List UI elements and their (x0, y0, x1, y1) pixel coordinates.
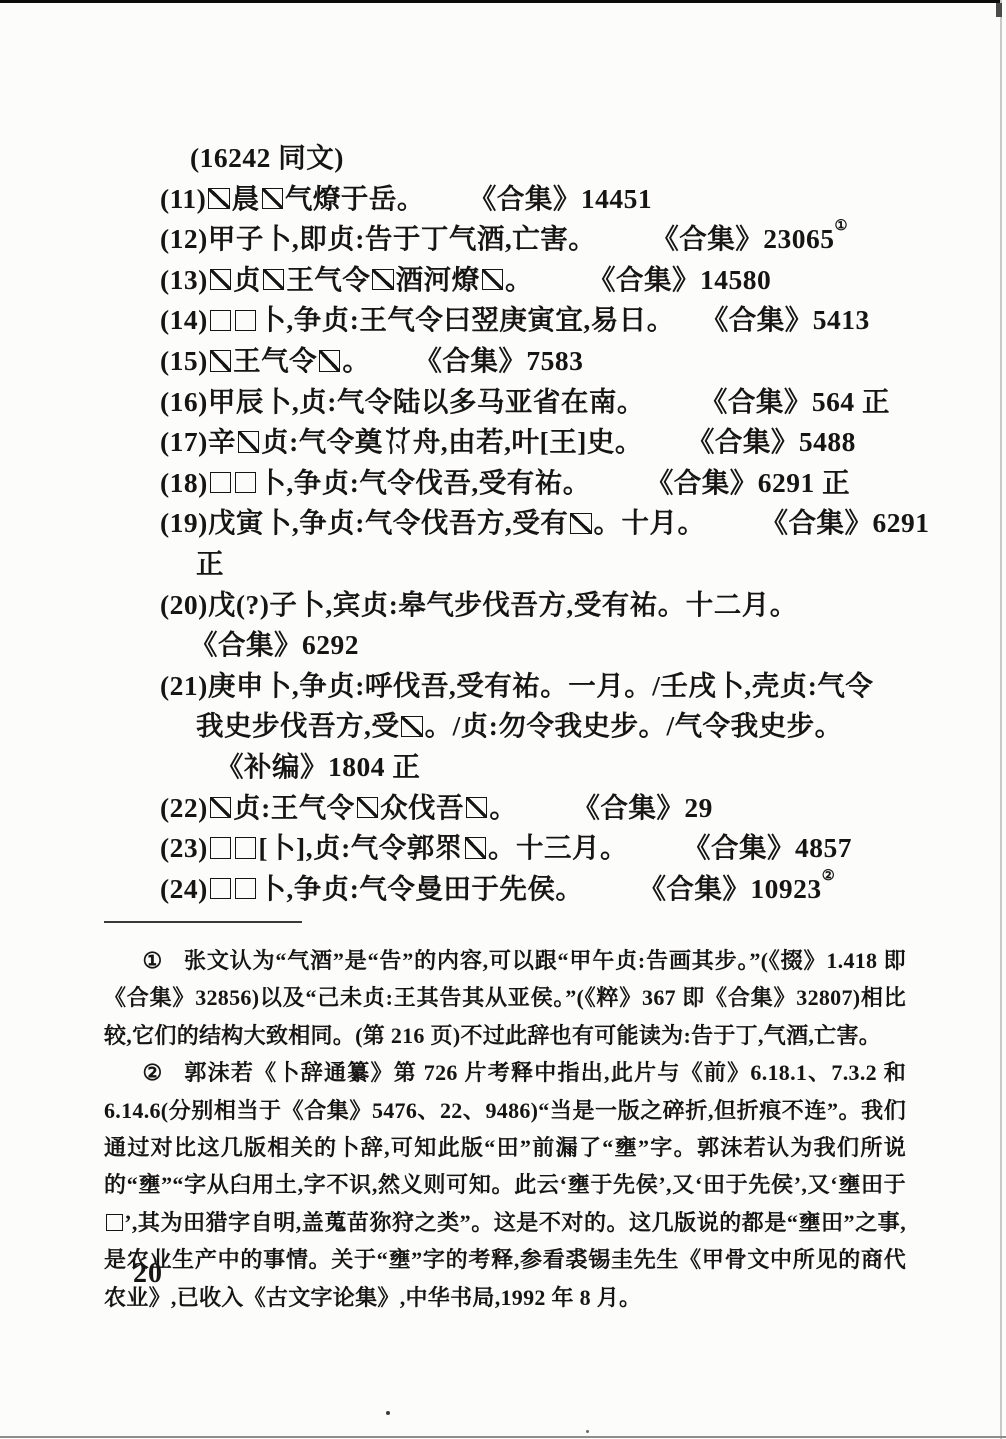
scan-speck (386, 1411, 390, 1415)
footnote-1: ①张文认为“气酒”是“告”的内容,可以跟“甲午贞:告画其步。”(《掇》1.418… (104, 942, 906, 1054)
entry-intro-line: (16242 同文) (160, 138, 960, 179)
entry-line-20: (20)戊(?)子卜,宾贞:皋气步伐吾方,受有祐。十二月。 (160, 585, 960, 626)
entry-citation: 《合集》7583 (414, 345, 583, 376)
lacuna-box (210, 472, 231, 493)
entry-line-20-wrap: 《合集》6292 (160, 625, 960, 666)
entry-line-23: (23)[卜],贞:气令郭眔。十三月。《合集》4857 (160, 828, 960, 869)
lacuna-box-slashed (210, 797, 231, 818)
entry-line-19-wrap: 正 (160, 544, 960, 585)
entry-text: (17)辛贞:气令奠 (160, 426, 383, 457)
lacuna-box-slashed (238, 431, 259, 452)
entry-line-13: (13)贞王气令酒河燎。《合集》14580 (160, 260, 960, 301)
inscription-entry-list: (16242 同文) (11)晨气燎于岳。《合集》14451 (12)甲子卜,即… (160, 138, 960, 909)
entry-text: (12)甲子卜,即贞:告于丁气酒,亡害。 (160, 223, 596, 254)
entry-line-21: (21)庚申卜,争贞:呼伐吾,受有祐。一月。/壬戌卜,壳贞:气令 (160, 666, 960, 707)
entry-line-22: (22)贞:王气令众伐吾。《合集》29 (160, 788, 960, 829)
footnote-text: 郭沫若《卜辞通纂》第 726 片考释中指出,此片与《前》6.18.1、7.3.2… (104, 1060, 906, 1309)
entry-text: (11)晨气燎于岳。 (160, 183, 425, 214)
footnote-ref-1: ① (834, 218, 847, 234)
lacuna-box-slashed (210, 269, 231, 290)
scan-edge-bottom (0, 1436, 1006, 1438)
entry-citation: 《合集》29 (572, 792, 713, 823)
lacuna-box (106, 1214, 123, 1231)
footnote-ref-2: ② (822, 868, 835, 884)
entry-citation: 《补编》1804 正 (216, 751, 420, 782)
entry-line-14: (14)卜,争贞:王气令曰翌庚寅宜,易日。《合集》5413 (160, 300, 960, 341)
lacuna-box (235, 878, 256, 899)
lacuna-box-slashed (465, 837, 486, 858)
entry-citation: 《合集》4857 (683, 832, 852, 863)
scan-speck (586, 1430, 589, 1433)
entry-line-16: (16)甲辰卜,贞:气令陆以多马亚省在南。《合集》564 正 (160, 382, 960, 423)
entry-text: (22)贞:王气令众伐吾。 (160, 792, 517, 823)
scan-edge-top (0, 0, 1002, 3)
lacuna-box-slashed (482, 269, 503, 290)
lacuna-box (235, 310, 256, 331)
lacuna-box-slashed (401, 716, 422, 737)
entry-text: 我史步伐吾方,受。/贞:勿令我史步。/气令我史步。 (196, 710, 843, 741)
entry-citation: 《合集》5488 (687, 426, 856, 457)
lacuna-box-slashed (466, 797, 487, 818)
entry-citation: 《合集》6291 正 (646, 467, 850, 498)
entry-text: (24)卜,争贞:气令曼田于先侯。 (160, 873, 583, 904)
lacuna-box-slashed (357, 797, 378, 818)
entry-line-21-citation: 《补编》1804 正 (160, 747, 960, 788)
entry-line-21-wrap: 我史步伐吾方,受。/贞:勿令我史步。/气令我史步。 (160, 706, 960, 747)
entry-text: 正 (196, 548, 224, 579)
scan-edge-right (1000, 0, 1002, 1439)
lacuna-box-slashed (208, 188, 229, 209)
lacuna-box-slashed (210, 350, 231, 371)
entry-text: (18)卜,争贞:气令伐吾,受有祐。 (160, 467, 591, 498)
entry-text: (16242 同文) (190, 142, 344, 173)
lacuna-box-slashed (570, 513, 591, 534)
entry-citation: 《合集》6292 (190, 629, 359, 660)
entry-text: (13)贞王气令酒河燎。 (160, 264, 533, 295)
lacuna-box (235, 837, 256, 858)
entry-citation: 《合集》14451 (469, 183, 652, 214)
lacuna-box (210, 310, 231, 331)
footnote-text: 张文认为“气酒”是“告”的内容,可以跟“甲午贞:告画其步。”(《掇》1.418 … (104, 948, 906, 1048)
lacuna-box-slashed (263, 269, 284, 290)
lacuna-box-slashed (372, 269, 393, 290)
lacuna-box (210, 837, 231, 858)
footnotes-block: ①张文认为“气酒”是“告”的内容,可以跟“甲午贞:告画其步。”(《掇》1.418… (104, 942, 906, 1316)
oracle-bone-glyph (385, 425, 411, 467)
entry-line-24: (24)卜,争贞:气令曼田于先侯。《合集》10923② (160, 869, 960, 910)
entry-citation: 《合集》6291 (761, 507, 930, 538)
lacuna-box (210, 878, 231, 899)
entry-citation: 《合集》10923 (638, 873, 821, 904)
footnote-separator-rule (104, 921, 302, 923)
entry-line-12: (12)甲子卜,即贞:告于丁气酒,亡害。《合集》23065① (160, 219, 960, 260)
entry-line-15: (15)王气令。《合集》7583 (160, 341, 960, 382)
entry-text: (14)卜,争贞:王气令曰翌庚寅宜,易日。 (160, 304, 675, 335)
footnote-2: ②郭沫若《卜辞通纂》第 726 片考释中指出,此片与《前》6.18.1、7.3.… (104, 1054, 906, 1316)
entry-text: (19)戊寅卜,争贞:气令伐吾方,受有。十月。 (160, 507, 706, 538)
entry-line-19: (19)戊寅卜,争贞:气令伐吾方,受有。十月。《合集》6291 (160, 503, 960, 544)
entry-citation: 《合集》564 正 (700, 386, 890, 417)
entry-citation: 《合集》23065 (651, 223, 834, 254)
entry-text: (16)甲辰卜,贞:气令陆以多马亚省在南。 (160, 386, 645, 417)
entry-line-17: (17)辛贞:气令奠舟,由若,叶[王]史。《合集》5488 (160, 422, 960, 463)
lacuna-box-slashed (262, 188, 283, 209)
entry-text: 舟,由若,叶[王]史。 (413, 426, 643, 457)
entry-citation: 《合集》5413 (701, 304, 870, 335)
entry-citation: 《合集》14580 (588, 264, 771, 295)
entry-line-18: (18)卜,争贞:气令伐吾,受有祐。《合集》6291 正 (160, 463, 960, 504)
footnote-marker: ① (143, 948, 164, 973)
entry-line-11: (11)晨气燎于岳。《合集》14451 (160, 179, 960, 220)
lacuna-box-slashed (319, 350, 340, 371)
footnote-marker: ② (143, 1060, 164, 1085)
page-number: 20 (133, 1258, 163, 1290)
scanned-book-page: (16242 同文) (11)晨气燎于岳。《合集》14451 (12)甲子卜,即… (0, 0, 1006, 1439)
entry-text: (20)戊(?)子卜,宾贞:皋气步伐吾方,受有祐。十二月。 (160, 589, 798, 620)
scan-artifact-mark (996, 3, 1002, 17)
entry-text: (15)王气令。 (160, 345, 370, 376)
entry-text: (21)庚申卜,争贞:呼伐吾,受有祐。一月。/壬戌卜,壳贞:气令 (160, 670, 873, 701)
lacuna-box (235, 472, 256, 493)
entry-text: (23)[卜],贞:气令郭眔。十三月。 (160, 832, 628, 863)
